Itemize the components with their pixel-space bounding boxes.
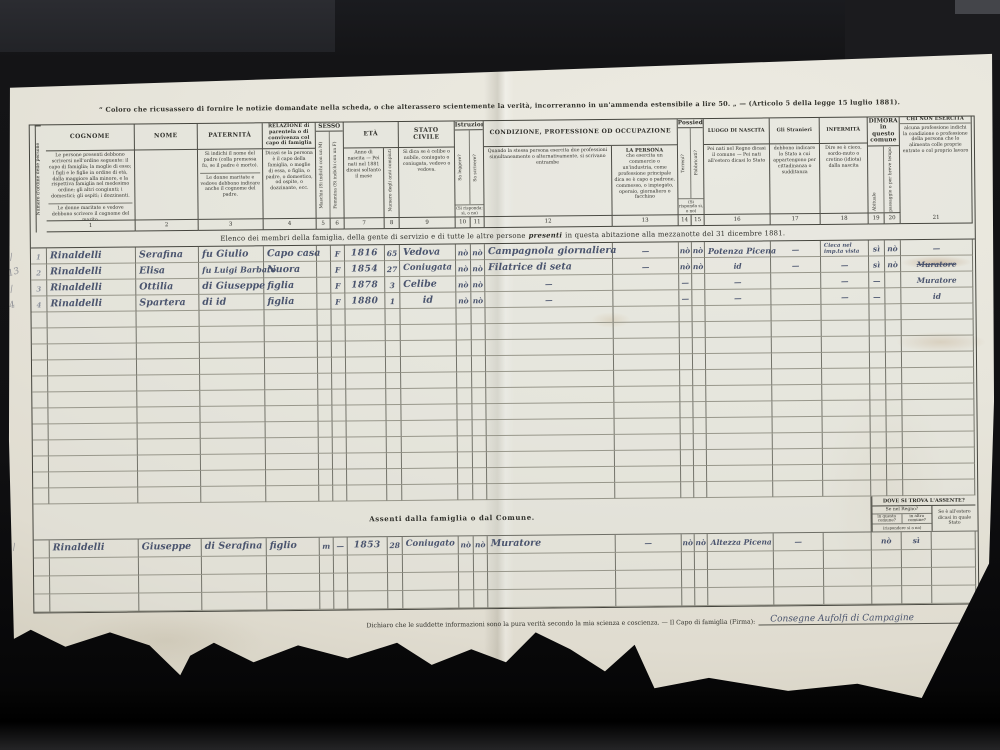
column-header-relazione: RELAZIONE di parentela o di convivenza c… xyxy=(263,123,316,150)
table-header: Numero d'ordine delle persone COGNOME Le… xyxy=(30,116,975,232)
cell-anno: 1816 xyxy=(345,245,384,258)
margin-mark: 4 xyxy=(8,300,17,311)
margin-mark: 13 xyxy=(7,266,21,279)
cell-ordine: 1 xyxy=(31,248,46,260)
column-header-istruzione: Istruzione Sa leggere?Sa scrivere? (Si r… xyxy=(455,121,485,217)
census-table: Numero d'ordine delle persone COGNOME Le… xyxy=(29,115,980,613)
signature: Consegne Aufolfi di Campagine xyxy=(758,613,977,624)
margin-mark: / xyxy=(8,252,14,262)
column-header-condizione: CONDIZIONE, PROFESSIONE OD OCCUPAZIONE xyxy=(484,119,678,147)
column-header-luogo: LUOGO DI NASCITA xyxy=(704,118,770,145)
cell-altro-comune: sì xyxy=(902,532,931,545)
cell-infermita: Cieca nel imp.ta vista xyxy=(821,240,868,255)
cell-nome: Serafina xyxy=(136,247,198,260)
cell-luogo: Potenza Picena xyxy=(705,241,770,255)
background-panel xyxy=(955,0,1000,14)
margin-mark: / xyxy=(9,284,15,294)
cell-cognome: Rinaldelli xyxy=(47,248,135,261)
column-header-eta: ETÀ xyxy=(344,122,399,149)
cell-alimenta-struck: Muratore xyxy=(901,255,972,268)
column-header-possiede: Possiede? Terreni?Fabbricati? (Si rispon… xyxy=(678,119,705,215)
column-header-dimora: DIMORA in questo comune AbitualeOccasion… xyxy=(868,117,901,213)
margin-mark: / xyxy=(11,542,17,552)
column-header-cognome: COGNOME xyxy=(46,125,135,152)
legal-notice: “ Coloro che ricusassero di fornire le n… xyxy=(17,97,983,114)
census-sheet: “ Coloro che ricusassero di fornire le n… xyxy=(6,50,996,700)
column-header-ordine: Numero d'ordine delle persone xyxy=(35,125,42,232)
column-header-infermita: INFERMITÀ xyxy=(820,117,868,143)
background-panel xyxy=(0,688,1000,750)
cell-relazione: Capo casa xyxy=(264,246,316,259)
dove-si-trova-header: DOVE SI TROVA L'ASSENTE? Se nel Regno? i… xyxy=(871,495,975,531)
declaration-text: Dichiaro che le suddette informazioni so… xyxy=(366,618,755,629)
column-header-sesso: SESSO Maschio (Si indichi con un M)Femmi… xyxy=(316,123,345,219)
column-header-stranieri: Gli Stranieri xyxy=(770,118,820,144)
cell-anni: 65 xyxy=(385,245,399,258)
column-header-paternita: PATERNITÀ xyxy=(198,123,263,150)
cell-alimenta: — xyxy=(901,239,972,252)
cell-estero xyxy=(932,531,975,536)
cell-sesso: F xyxy=(331,246,344,259)
column-header-nome: NOME xyxy=(135,124,198,151)
background-panel xyxy=(0,0,335,52)
cell-stato: Vedova xyxy=(400,244,455,257)
column-header-stato-civile: STATO CIVILE xyxy=(399,121,455,148)
cell-professione: Campagnola giornaliera xyxy=(485,243,612,257)
declaration: Dichiaro che le suddette informazioni so… xyxy=(366,613,977,629)
cell-questo-comune: nò xyxy=(872,532,901,545)
cell-paternita: fu Giulio xyxy=(199,246,263,259)
column-header-non-esercita: CHI NON ESERCITA alcuna professione indi… xyxy=(900,116,973,213)
census-photo: “ Coloro che ricusassero di fornire le n… xyxy=(0,0,1000,750)
